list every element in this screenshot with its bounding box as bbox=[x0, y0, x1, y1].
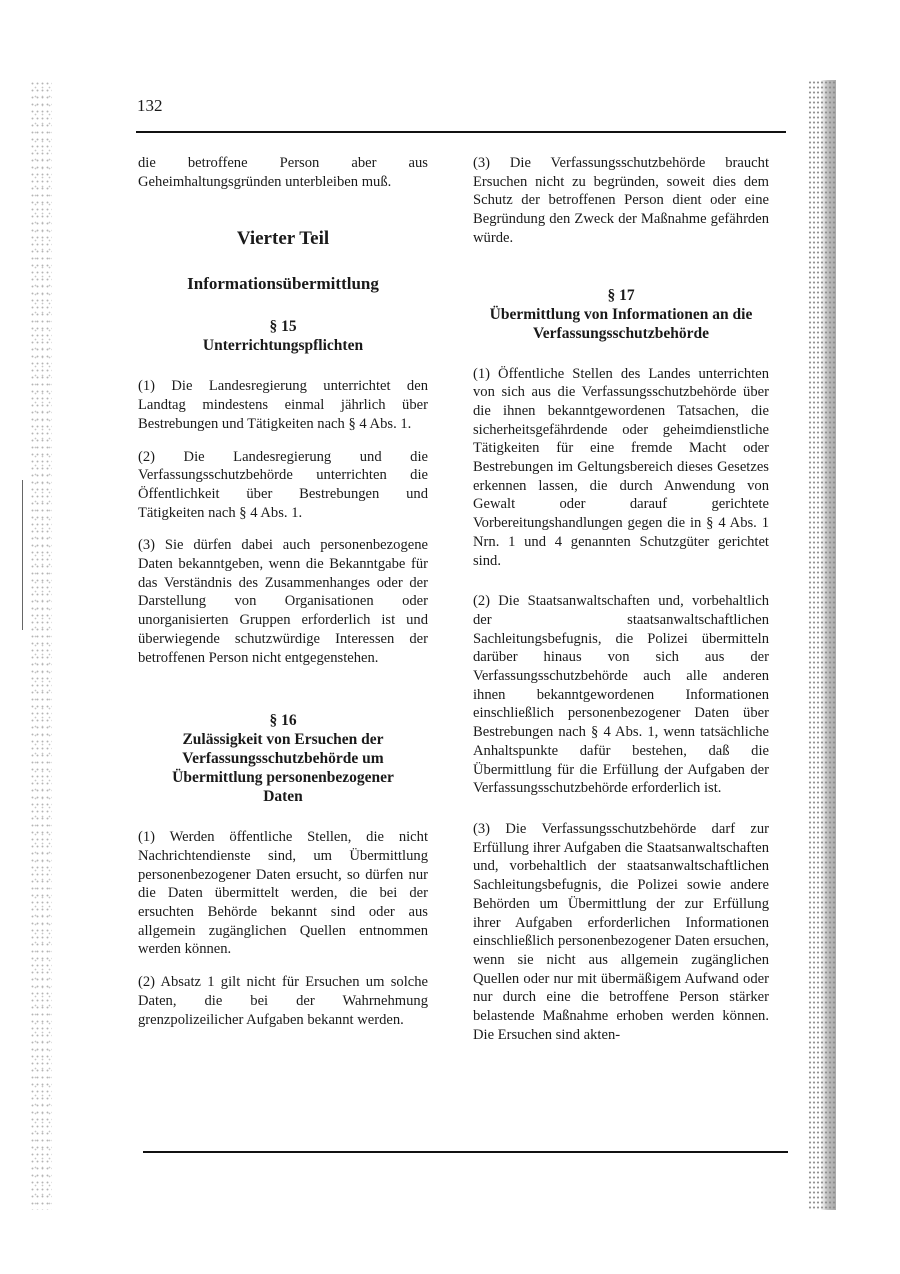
section-16-paragraph-1: (1) Werden öffentliche Stellen, die nich… bbox=[138, 828, 428, 959]
section-15-paragraph-2: (2) Die Landesregierung und die Verfassu… bbox=[138, 448, 428, 523]
header-rule bbox=[136, 131, 786, 133]
section-17-number: § 17 bbox=[473, 286, 769, 305]
section-16-title: Zulässigkeit von Ersuchen der Verfassung… bbox=[138, 730, 428, 806]
section-17-title: Übermittlung von Informationen an die Ve… bbox=[473, 305, 769, 343]
section-15-paragraph-3: (3) Sie dürfen dabei auch personenbezoge… bbox=[138, 536, 428, 667]
scan-edge-line bbox=[22, 480, 23, 630]
footer-rule bbox=[143, 1151, 788, 1153]
section-17-paragraph-1: (1) Öffentliche Stellen des Landes unter… bbox=[473, 365, 769, 571]
section-16-number: § 16 bbox=[138, 711, 428, 730]
section-16-paragraph-2: (2) Absatz 1 gilt nicht für Ersuchen um … bbox=[138, 973, 428, 1029]
section-17-paragraph-2: (2) Die Staatsanwaltschaften und, vorbeh… bbox=[473, 592, 769, 798]
continuation-text: die betroffene Person aber aus Geheimhal… bbox=[138, 154, 428, 191]
section-17-paragraph-3: (3) Die Verfassungsschutzbehörde darf zu… bbox=[473, 820, 769, 1044]
section-16-paragraph-3: (3) Die Verfassungsschutzbehörde braucht… bbox=[473, 154, 769, 248]
page-number: 132 bbox=[137, 96, 163, 116]
section-15-paragraph-1: (1) Die Landesregierung unterrichtet den… bbox=[138, 377, 428, 433]
section-15-number: § 15 bbox=[138, 317, 428, 336]
section-15-title: Unterrichtungspflichten bbox=[138, 336, 428, 355]
part-title: Informationsübermittlung bbox=[138, 273, 428, 295]
part-heading: Vierter Teil bbox=[138, 227, 428, 251]
scan-edge-artifact-left bbox=[30, 80, 52, 1210]
right-column: (3) Die Verfassungsschutzbehörde braucht… bbox=[473, 154, 769, 1044]
scan-edge-artifact-right bbox=[808, 80, 836, 1210]
left-column: die betroffene Person aber aus Geheimhal… bbox=[138, 154, 428, 1029]
